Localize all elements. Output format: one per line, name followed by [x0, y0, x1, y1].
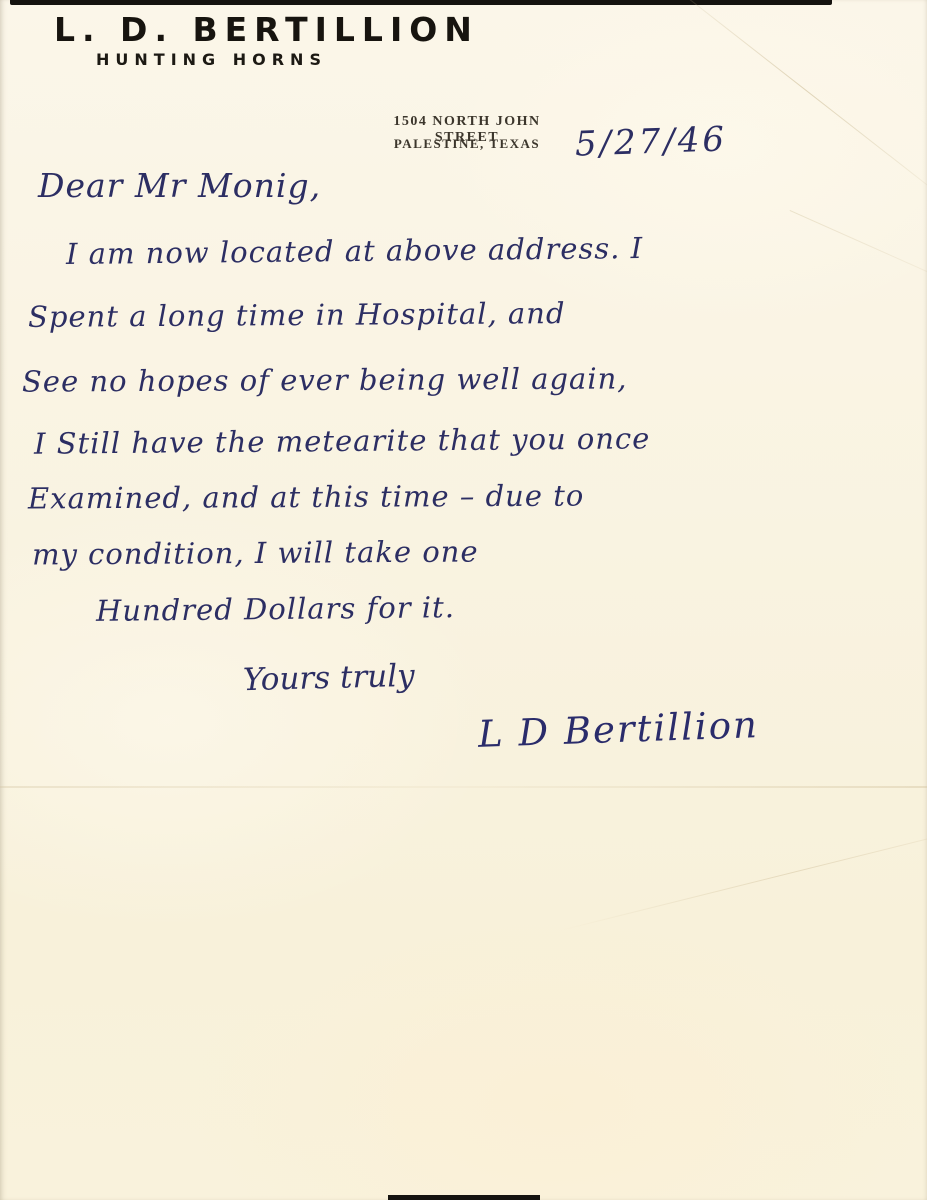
- scan-edge-artifact-top: [10, 0, 832, 5]
- body-line: See no hopes of ever being well again,: [22, 361, 628, 398]
- scan-edge-artifact-bottom: [388, 1195, 540, 1200]
- letterhead-subtitle: HUNTING HORNS: [96, 50, 327, 69]
- body-line: Hundred Dollars for it.: [96, 590, 455, 628]
- fold-crease-lower-right: [560, 814, 927, 931]
- closing: Yours truly: [243, 658, 416, 698]
- signature: L D Bertillion: [477, 703, 759, 756]
- fold-crease-horizontal: [0, 786, 927, 788]
- fold-crease-top-right-2: [790, 210, 927, 317]
- salutation: Dear Mr Monig,: [38, 166, 321, 205]
- handwritten-date: 5/27/46: [574, 119, 727, 164]
- letterhead-name: L. D. BERTILLION: [54, 10, 479, 49]
- fold-crease-top-right: [639, 0, 927, 219]
- body-line: I am now located at above address. I: [66, 231, 643, 271]
- scanned-letter-page: L. D. BERTILLION HUNTING HORNS 1504 NORT…: [0, 0, 927, 1200]
- body-line: my condition, I will take one: [32, 534, 479, 571]
- body-line: I Still have the metearite that you once: [34, 421, 651, 460]
- address-city-state: PALESTINE, TEXAS: [382, 136, 552, 152]
- body-line: Examined, and at this time – due to: [28, 479, 584, 516]
- body-line: Spent a long time in Hospital, and: [28, 296, 566, 334]
